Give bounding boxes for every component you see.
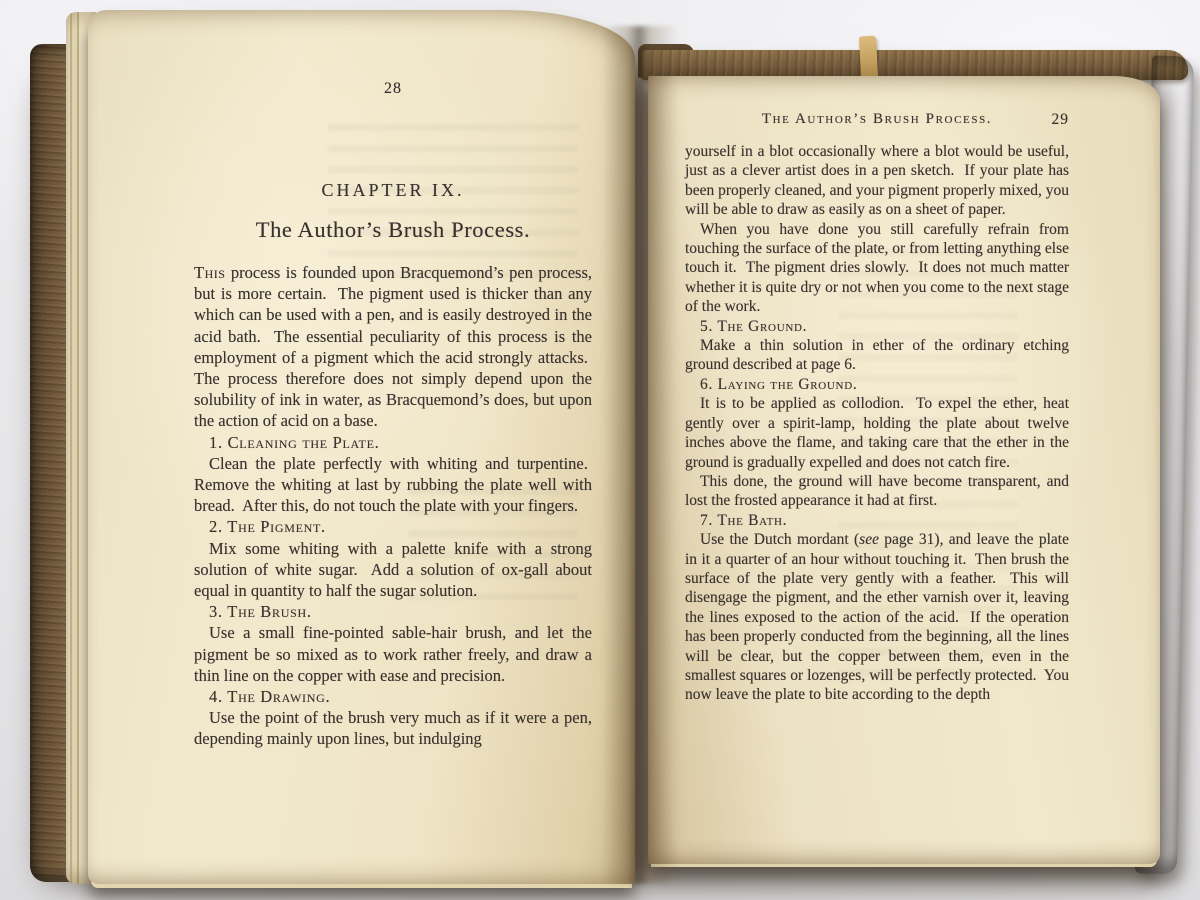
paragraph-lead: This [194, 263, 225, 282]
italic-text: see [859, 531, 879, 548]
paragraph: Use the point of the brush very much as … [194, 707, 592, 749]
paragraph: Clean the plate perfectly with whiting a… [194, 453, 592, 517]
left-page: 28 CHAPTER IX. The Author’s Brush Proces… [88, 10, 635, 884]
section-heading: 1. Cleaning the Plate. [194, 432, 592, 453]
paragraph: Make a thin solution in ether of the ord… [685, 336, 1069, 375]
section-heading: 4. The Drawing. [194, 686, 592, 707]
paragraph: yourself in a blot occasionally where a … [685, 142, 1069, 220]
paragraph: Use the Dutch mordant (see page 31), and… [685, 530, 1069, 705]
section-heading: 3. The Brush. [194, 601, 592, 622]
section-heading: 2. The Pigment. [194, 516, 592, 537]
section-heading: 6. Laying the Ground. [685, 375, 1069, 394]
paragraph: This process is founded upon Bracquemond… [194, 262, 592, 432]
paragraph: When you have done you still carefully r… [685, 220, 1069, 317]
page-number-left: 28 [194, 80, 592, 98]
running-header-row: The Author’s Brush Process. 29 [685, 110, 1069, 128]
chapter-title: The Author’s Brush Process. [194, 217, 592, 243]
running-header: The Author’s Brush Process. [762, 111, 992, 127]
section-heading: 5. The Ground. [685, 317, 1069, 336]
page-number-right: 29 [1052, 111, 1070, 129]
right-page-text: yourself in a blot occasionally where a … [685, 142, 1069, 705]
paragraph: Use a small fine-pointed sable-hair brus… [194, 622, 592, 686]
paragraph: Mix some whiting with a palette knife wi… [194, 538, 592, 602]
chapter-heading: CHAPTER IX. [194, 180, 592, 201]
section-heading: 7. The Bath. [685, 511, 1069, 530]
paragraph: It is to be applied as collodion. To exp… [685, 394, 1069, 472]
paragraph: This done, the ground will have become t… [685, 472, 1069, 511]
right-page: The Author’s Brush Process. 29 yourself … [648, 76, 1160, 864]
left-page-text: This process is founded upon Bracquemond… [194, 262, 592, 750]
bookmark-ribbon [859, 36, 878, 79]
